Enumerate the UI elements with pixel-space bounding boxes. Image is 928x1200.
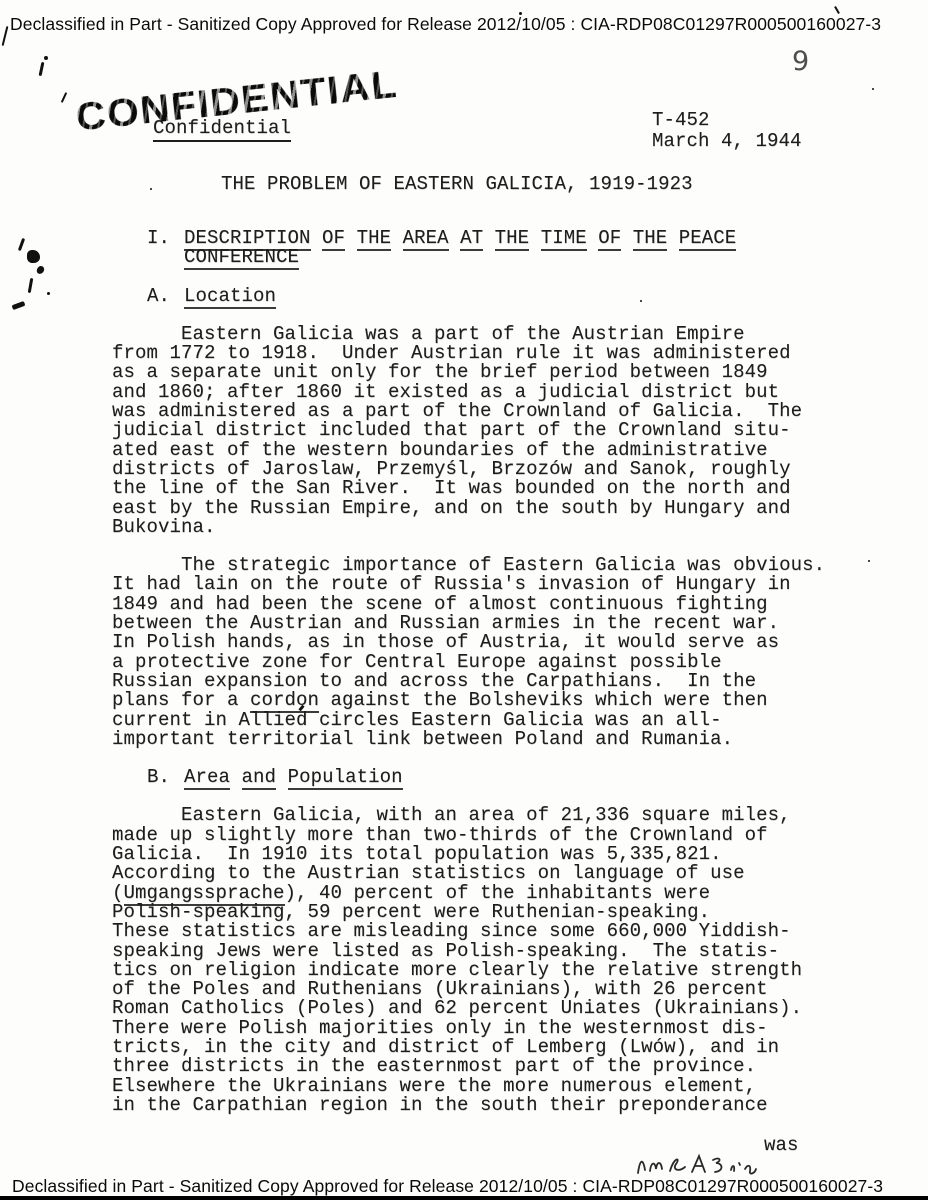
heading-word: CONFERENCE	[184, 246, 299, 270]
ink-blot	[36, 265, 45, 275]
typed-line: Roman Catholics (Poles) and 62 percent U…	[112, 999, 872, 1018]
section-heading: A.Location	[112, 287, 872, 306]
ink-blot	[47, 292, 50, 295]
ink-blot	[39, 62, 45, 76]
ink-blot	[519, 12, 522, 15]
heading-label: B.	[147, 768, 184, 787]
typed-line: as a separate unit only for the brief pe…	[112, 363, 872, 382]
declassification-banner-top: Declassified in Part - Sanitized Copy Ap…	[10, 14, 881, 35]
typed-line: plans for a cordon against the Bolshevik…	[112, 691, 872, 710]
typed-line: In Polish hands, as in those of Austria,…	[112, 633, 872, 652]
heading-line: CONFERENCE	[184, 248, 736, 267]
typed-line: east by the Russian Empire, and on the s…	[112, 499, 872, 518]
heading-word: Population	[288, 766, 403, 790]
heading-word: Area	[184, 766, 230, 790]
typed-line: the line of the San River. It was bounde…	[112, 479, 872, 498]
heading-label: A.	[147, 287, 184, 306]
heading-word: PEACE	[679, 227, 737, 251]
typed-line: According to the Austrian statistics on …	[112, 864, 872, 883]
typed-line: Bukovina.	[112, 518, 872, 537]
ink-blot	[28, 278, 34, 293]
heading-word: AT	[460, 227, 483, 251]
typed-line: judicial district included that part of …	[112, 421, 872, 440]
ink-blot	[150, 188, 152, 190]
heading-word: AREA	[403, 227, 449, 251]
paragraph: Eastern Galicia, with an area of 21,336 …	[112, 806, 872, 1115]
paragraph: Eastern Galicia was a part of the Austri…	[112, 325, 872, 537]
heading-lines: Area and Population	[184, 768, 403, 787]
typed-line: Eastern Galicia, with an area of 21,336 …	[112, 806, 872, 825]
typed-line: It had lain on the route of Russia's inv…	[112, 575, 872, 594]
typed-line: (Umgangssprache), 40 percent of the inha…	[112, 884, 872, 903]
ink-blot	[872, 88, 874, 90]
heading-word: THE	[633, 227, 668, 251]
heading-word: THE	[357, 227, 392, 251]
page-number: 9	[792, 46, 809, 77]
ink-blot	[18, 238, 25, 251]
ink-blot	[27, 250, 40, 263]
ink-blot	[868, 560, 870, 562]
document-page: Declassified in Part - Sanitized Copy Ap…	[0, 0, 928, 1200]
heading-word: OF	[322, 227, 345, 251]
typed-line: important territorial link between Polan…	[112, 730, 872, 749]
ink-blot	[2, 26, 9, 46]
heading-word: TIME	[541, 227, 587, 251]
typed-line: three districts in the easternmost part …	[112, 1057, 872, 1076]
heading-lines: Location	[184, 287, 276, 306]
heading-label: I.	[147, 229, 184, 268]
heading-word: and	[242, 766, 277, 790]
section-heading: B.Area and Population	[112, 768, 872, 787]
section-heading: I.DESCRIPTION OF THE AREA AT THE TIME OF…	[112, 229, 872, 268]
typed-line: current in Allied circles Eastern Galici…	[112, 711, 872, 730]
typed-line: speaking Jews were listed as Polish-spea…	[112, 942, 872, 961]
heading-word: THE	[495, 227, 530, 251]
ink-blot	[61, 92, 67, 103]
heading-lines: DESCRIPTION OF THE AREA AT THE TIME OF T…	[184, 229, 736, 268]
ink-blot	[44, 56, 48, 60]
ink-blot	[640, 300, 642, 302]
document-date: March 4, 1944	[652, 130, 802, 152]
typed-line: in the Carpathian region in the south th…	[112, 1096, 872, 1115]
document-body: I.DESCRIPTION OF THE AREA AT THE TIME OF…	[112, 229, 872, 1134]
paragraph: The strategic importance of Eastern Gali…	[112, 556, 872, 749]
heading-line: Area and Population	[184, 768, 403, 787]
heading-line: Location	[184, 287, 276, 306]
ink-blot	[12, 301, 26, 310]
document-title: THE PROBLEM OF EASTERN GALICIA, 1919-192…	[221, 173, 693, 195]
document-reference-number: T-452	[652, 109, 710, 131]
typed-line: Elsewhere the Ukrainians were the more n…	[112, 1077, 872, 1096]
typed-classification: Confidential	[153, 117, 291, 142]
ink-blot	[834, 6, 840, 14]
heading-word: OF	[598, 227, 621, 251]
scan-edge-bar	[0, 1196, 928, 1200]
typed-line: These statistics are misleading since so…	[112, 922, 872, 941]
declassification-banner-bottom: Declassified in Part - Sanitized Copy Ap…	[12, 1176, 883, 1197]
heading-word: Location	[184, 285, 276, 309]
